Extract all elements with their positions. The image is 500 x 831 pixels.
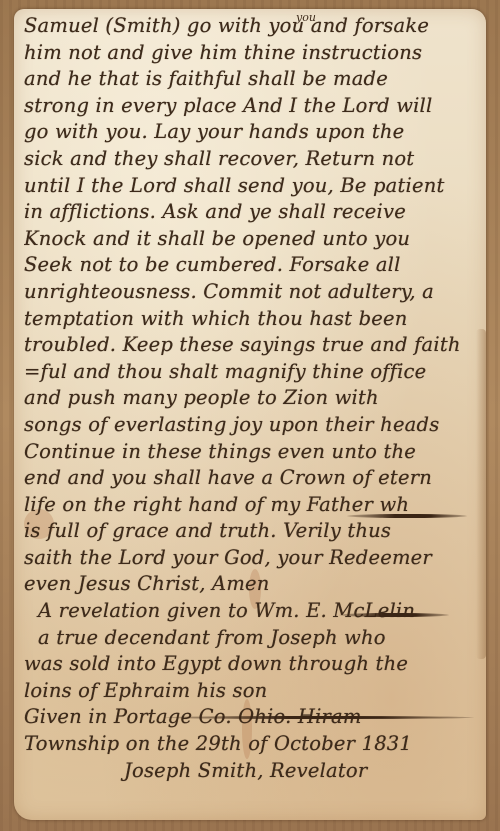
text-line: troubled. Keep these sayings true and fa… (24, 332, 486, 359)
text-line: end and you shall have a Crown of etern (24, 465, 486, 492)
pen-flourish (339, 613, 449, 617)
text-line: go with you. Lay your hands upon the (24, 119, 486, 146)
text-line: temptation with which thou hast been (24, 306, 486, 333)
text-line: is full of grace and truth. Verily thus (24, 518, 486, 545)
manuscript-page: you Samuel (Smith) go with you and forsa… (14, 9, 486, 820)
text-line: unrighteousness. Commit not adultery, a (24, 279, 486, 306)
text-line: Knock and it shall be opened unto you (24, 226, 486, 253)
text-line: sick and they shall recover, Return not (24, 146, 486, 173)
text-line: and push many people to Zion with (24, 385, 486, 412)
text-line: in afflictions. Ask and ye shall receive (24, 199, 486, 226)
text-line: loins of Ephraim his son (24, 678, 486, 705)
text-line: strong in every place And I the Lord wil… (24, 93, 486, 120)
manuscript-text: Samuel (Smith) go with you and forsake h… (24, 13, 486, 784)
text-line: =ful and thou shalt magnify thine office (24, 359, 486, 386)
text-line: was sold into Egypt down through the (24, 651, 486, 678)
signature-line: Joseph Smith, Revelator (24, 758, 486, 785)
text-line: and he that is faithful shall be made (24, 66, 486, 93)
pen-flourish (347, 514, 467, 518)
text-line: saith the Lord your God, your Redeemer (24, 545, 486, 572)
text-line: even Jesus Christ, Amen (24, 571, 486, 598)
text-line: Samuel (Smith) go with you and forsake (24, 13, 486, 40)
text-line: until I the Lord shall send you, Be pati… (24, 173, 486, 200)
pen-flourish (164, 716, 474, 719)
text-line: A revelation given to Wm. E. McLelin (24, 598, 486, 625)
text-line: Seek not to be cumbered. Forsake all (24, 252, 486, 279)
text-line: Continue in these things even unto the (24, 439, 486, 466)
text-line: Township on the 29th of October 1831 (24, 731, 486, 758)
text-line: a true decendant from Joseph who (24, 625, 486, 652)
text-line: him not and give him thine instructions (24, 40, 486, 67)
text-line: songs of everlasting joy upon their head… (24, 412, 486, 439)
